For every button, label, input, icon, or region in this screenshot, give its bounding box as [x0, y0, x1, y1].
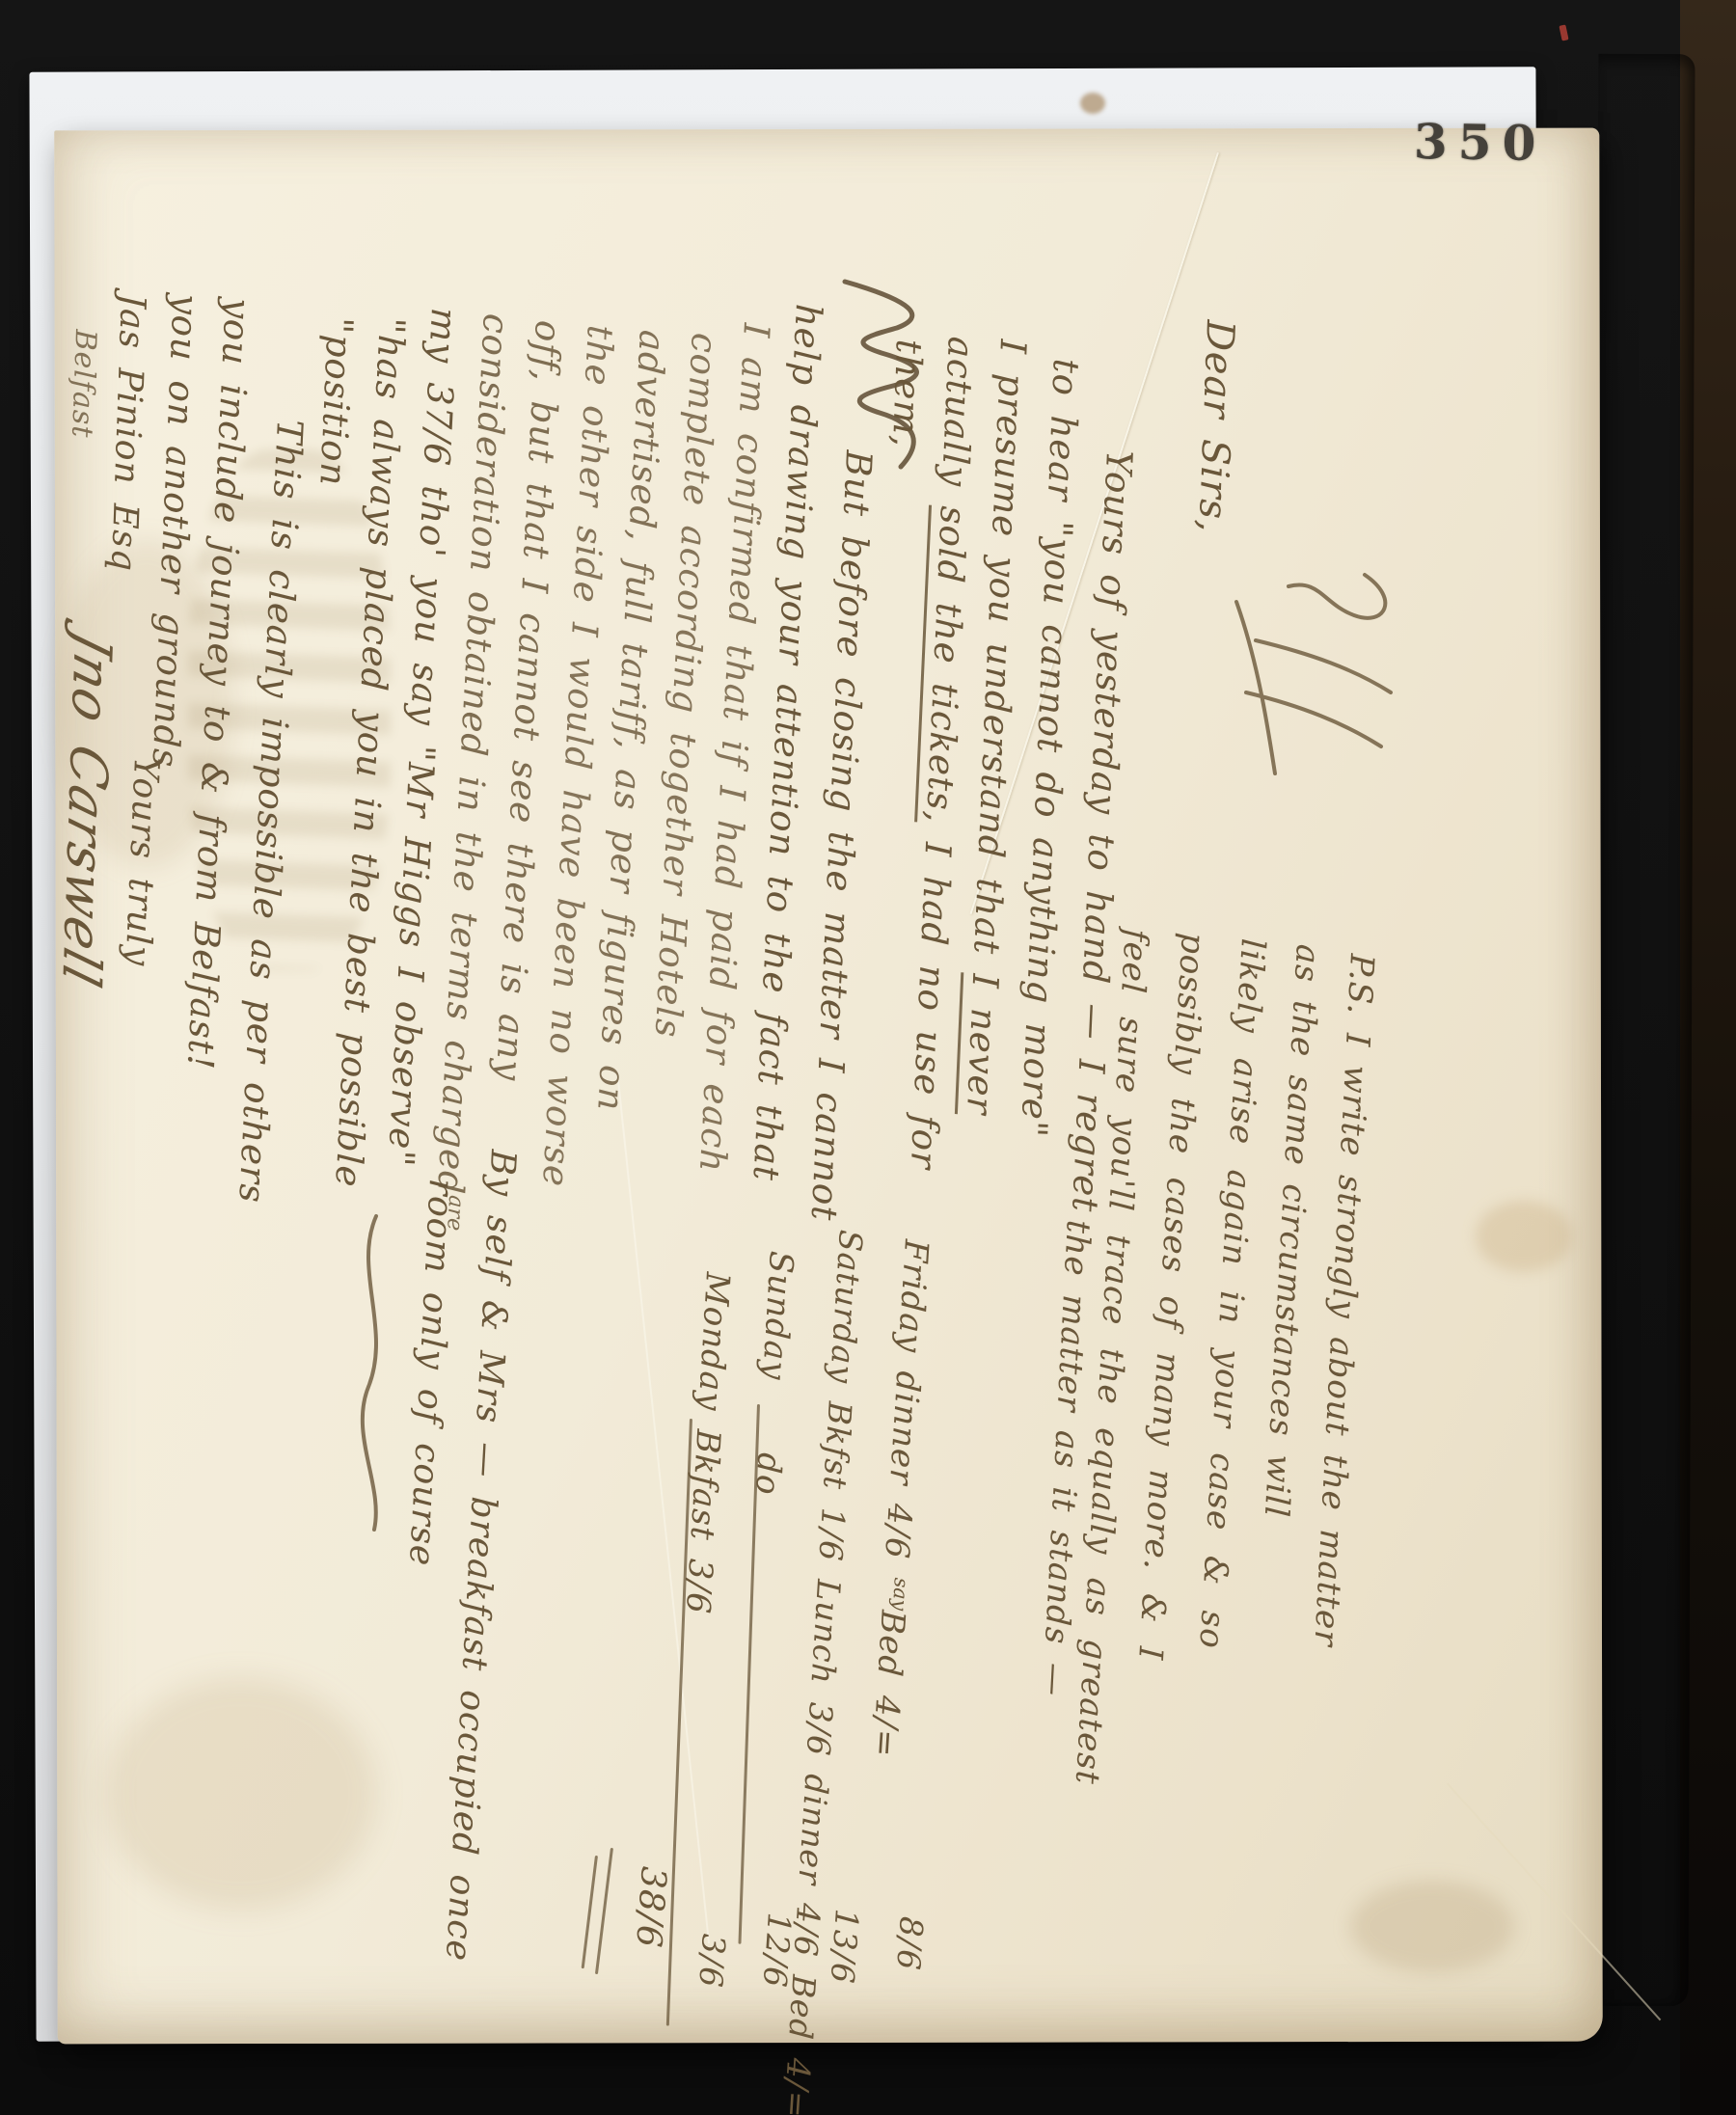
salutation: Dear Sirs, — [1190, 319, 1242, 534]
underlined-text: I never — [955, 973, 1006, 1117]
total-amount: 38/6 — [628, 1865, 673, 1949]
underlined-text: sold the tickets, — [914, 505, 974, 825]
letter-line: them, — [884, 339, 930, 448]
book-fore-edge-pages — [1591, 54, 1695, 2006]
total-underline — [595, 1848, 613, 1974]
expense-amount: 12/6 — [756, 1912, 799, 1990]
expense-amount: 8/6 — [889, 1915, 931, 1972]
expense-detail: Bkfst 1/6 Lunch 3/6 dinner 4/6 Bed 4/= — [776, 1400, 859, 2115]
expense-amount: 3/6 — [692, 1933, 733, 1990]
place-line: Belfast — [65, 329, 102, 439]
expense-row: Friday dinner 4/6 sayBed 4/= — [864, 1238, 936, 1759]
signature-text: Jno Carswell — [51, 625, 123, 994]
addressee: Jas Pinion Esq — [103, 293, 152, 573]
red-mark — [1559, 24, 1568, 41]
expense-detail: dinner 4/6 — [876, 1370, 927, 1579]
expense-amount: 13/6 — [824, 1908, 866, 1986]
expense-detail: Bed 4/= — [864, 1609, 912, 1758]
interline-insertion: say — [888, 1577, 913, 1612]
letter-line-part: actually — [933, 336, 982, 507]
closing: Yours truly — [118, 756, 166, 967]
total-rule — [666, 1419, 692, 2026]
expense-day: Sunday — [754, 1250, 800, 1381]
underline-swash — [354, 1211, 397, 1539]
expense-day: Monday — [690, 1271, 736, 1413]
handwriting-layer: Dear Sirs, Yours of yesterday to hand — … — [43, 131, 1601, 2041]
date-scrawl-flourish — [1215, 546, 1408, 806]
expense-day: Friday — [890, 1238, 936, 1354]
total-underline — [582, 1856, 598, 1968]
letter-line-part: I had no use for — [903, 823, 960, 1171]
signature: Jno Carswell — [50, 633, 123, 987]
photographed-letterbook-page: 350 Dear Sirs, Yours of yesterday to han… — [0, 0, 1736, 2115]
note-line: room only of course — [401, 1178, 461, 1567]
expense-day: Saturday — [823, 1229, 870, 1385]
letter-line: "position — [312, 316, 361, 487]
